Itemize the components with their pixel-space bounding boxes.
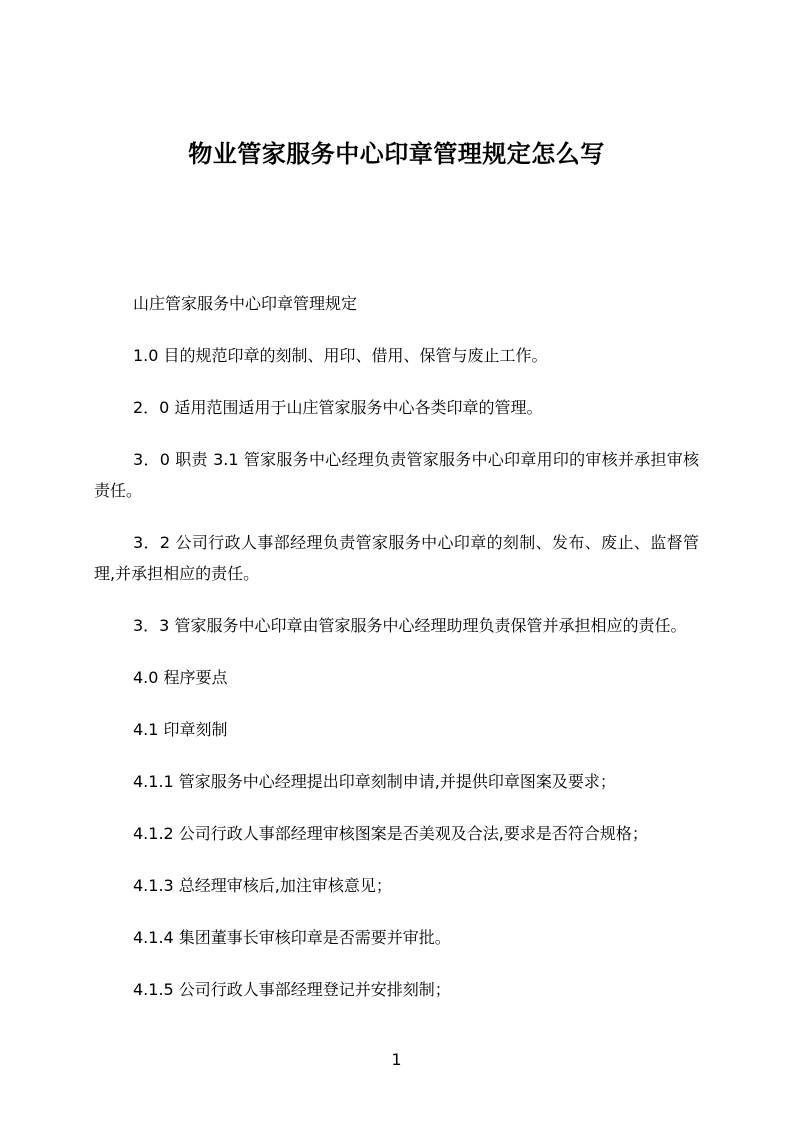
paragraph-2-0-scope: 2．0 适用范围适用于山庄管家服务中心各类印章的管理。: [94, 392, 699, 423]
page-number: 1: [391, 1050, 401, 1069]
document-content: 物业管家服务中心印章管理规定怎么写 山庄管家服务中心印章管理规定 1.0 目的规…: [0, 0, 793, 1005]
paragraph-3-0-duty: 3．0 职责 3.1 管家服务中心经理负责管家服务中心印章用印的审核并承担审核责…: [94, 444, 699, 506]
paragraph-4-1-4: 4.1.4 集团董事长审核印章是否需要并审批。: [94, 922, 699, 953]
page-footer: 1: [0, 1048, 793, 1072]
document-title: 物业管家服务中心印章管理规定怎么写: [94, 0, 699, 171]
paragraph-4-1-5: 4.1.5 公司行政人事部经理登记并安排刻制；: [94, 974, 699, 1005]
document-page: 物业管家服务中心印章管理规定怎么写 山庄管家服务中心印章管理规定 1.0 目的规…: [0, 0, 793, 1122]
paragraph-subtitle: 山庄管家服务中心印章管理规定: [94, 288, 699, 319]
paragraph-4-1-2: 4.1.2 公司行政人事部经理审核图案是否美观及合法,要求是否符合规格；: [94, 818, 699, 849]
paragraph-1-0-purpose: 1.0 目的规范印章的刻制、用印、借用、保管与废止工作。: [94, 340, 699, 371]
paragraph-4-1-engrave: 4.1 印章刻制: [94, 714, 699, 745]
paragraph-4-0-procedure: 4.0 程序要点: [94, 662, 699, 693]
paragraph-4-1-3: 4.1.3 总经理审核后,加注审核意见；: [94, 870, 699, 901]
paragraph-4-1-1: 4.1.1 管家服务中心经理提出印章刻制申请,并提供印章图案及要求；: [94, 766, 699, 797]
document-body: 山庄管家服务中心印章管理规定 1.0 目的规范印章的刻制、用印、借用、保管与废止…: [94, 288, 699, 1005]
paragraph-3-3-duty: 3．3 管家服务中心印章由管家服务中心经理助理负责保管并承担相应的责任。: [94, 610, 699, 641]
paragraph-3-2-duty: 3．2 公司行政人事部经理负责管家服务中心印章的刻制、发布、废止、监督管理,并承…: [94, 527, 699, 589]
